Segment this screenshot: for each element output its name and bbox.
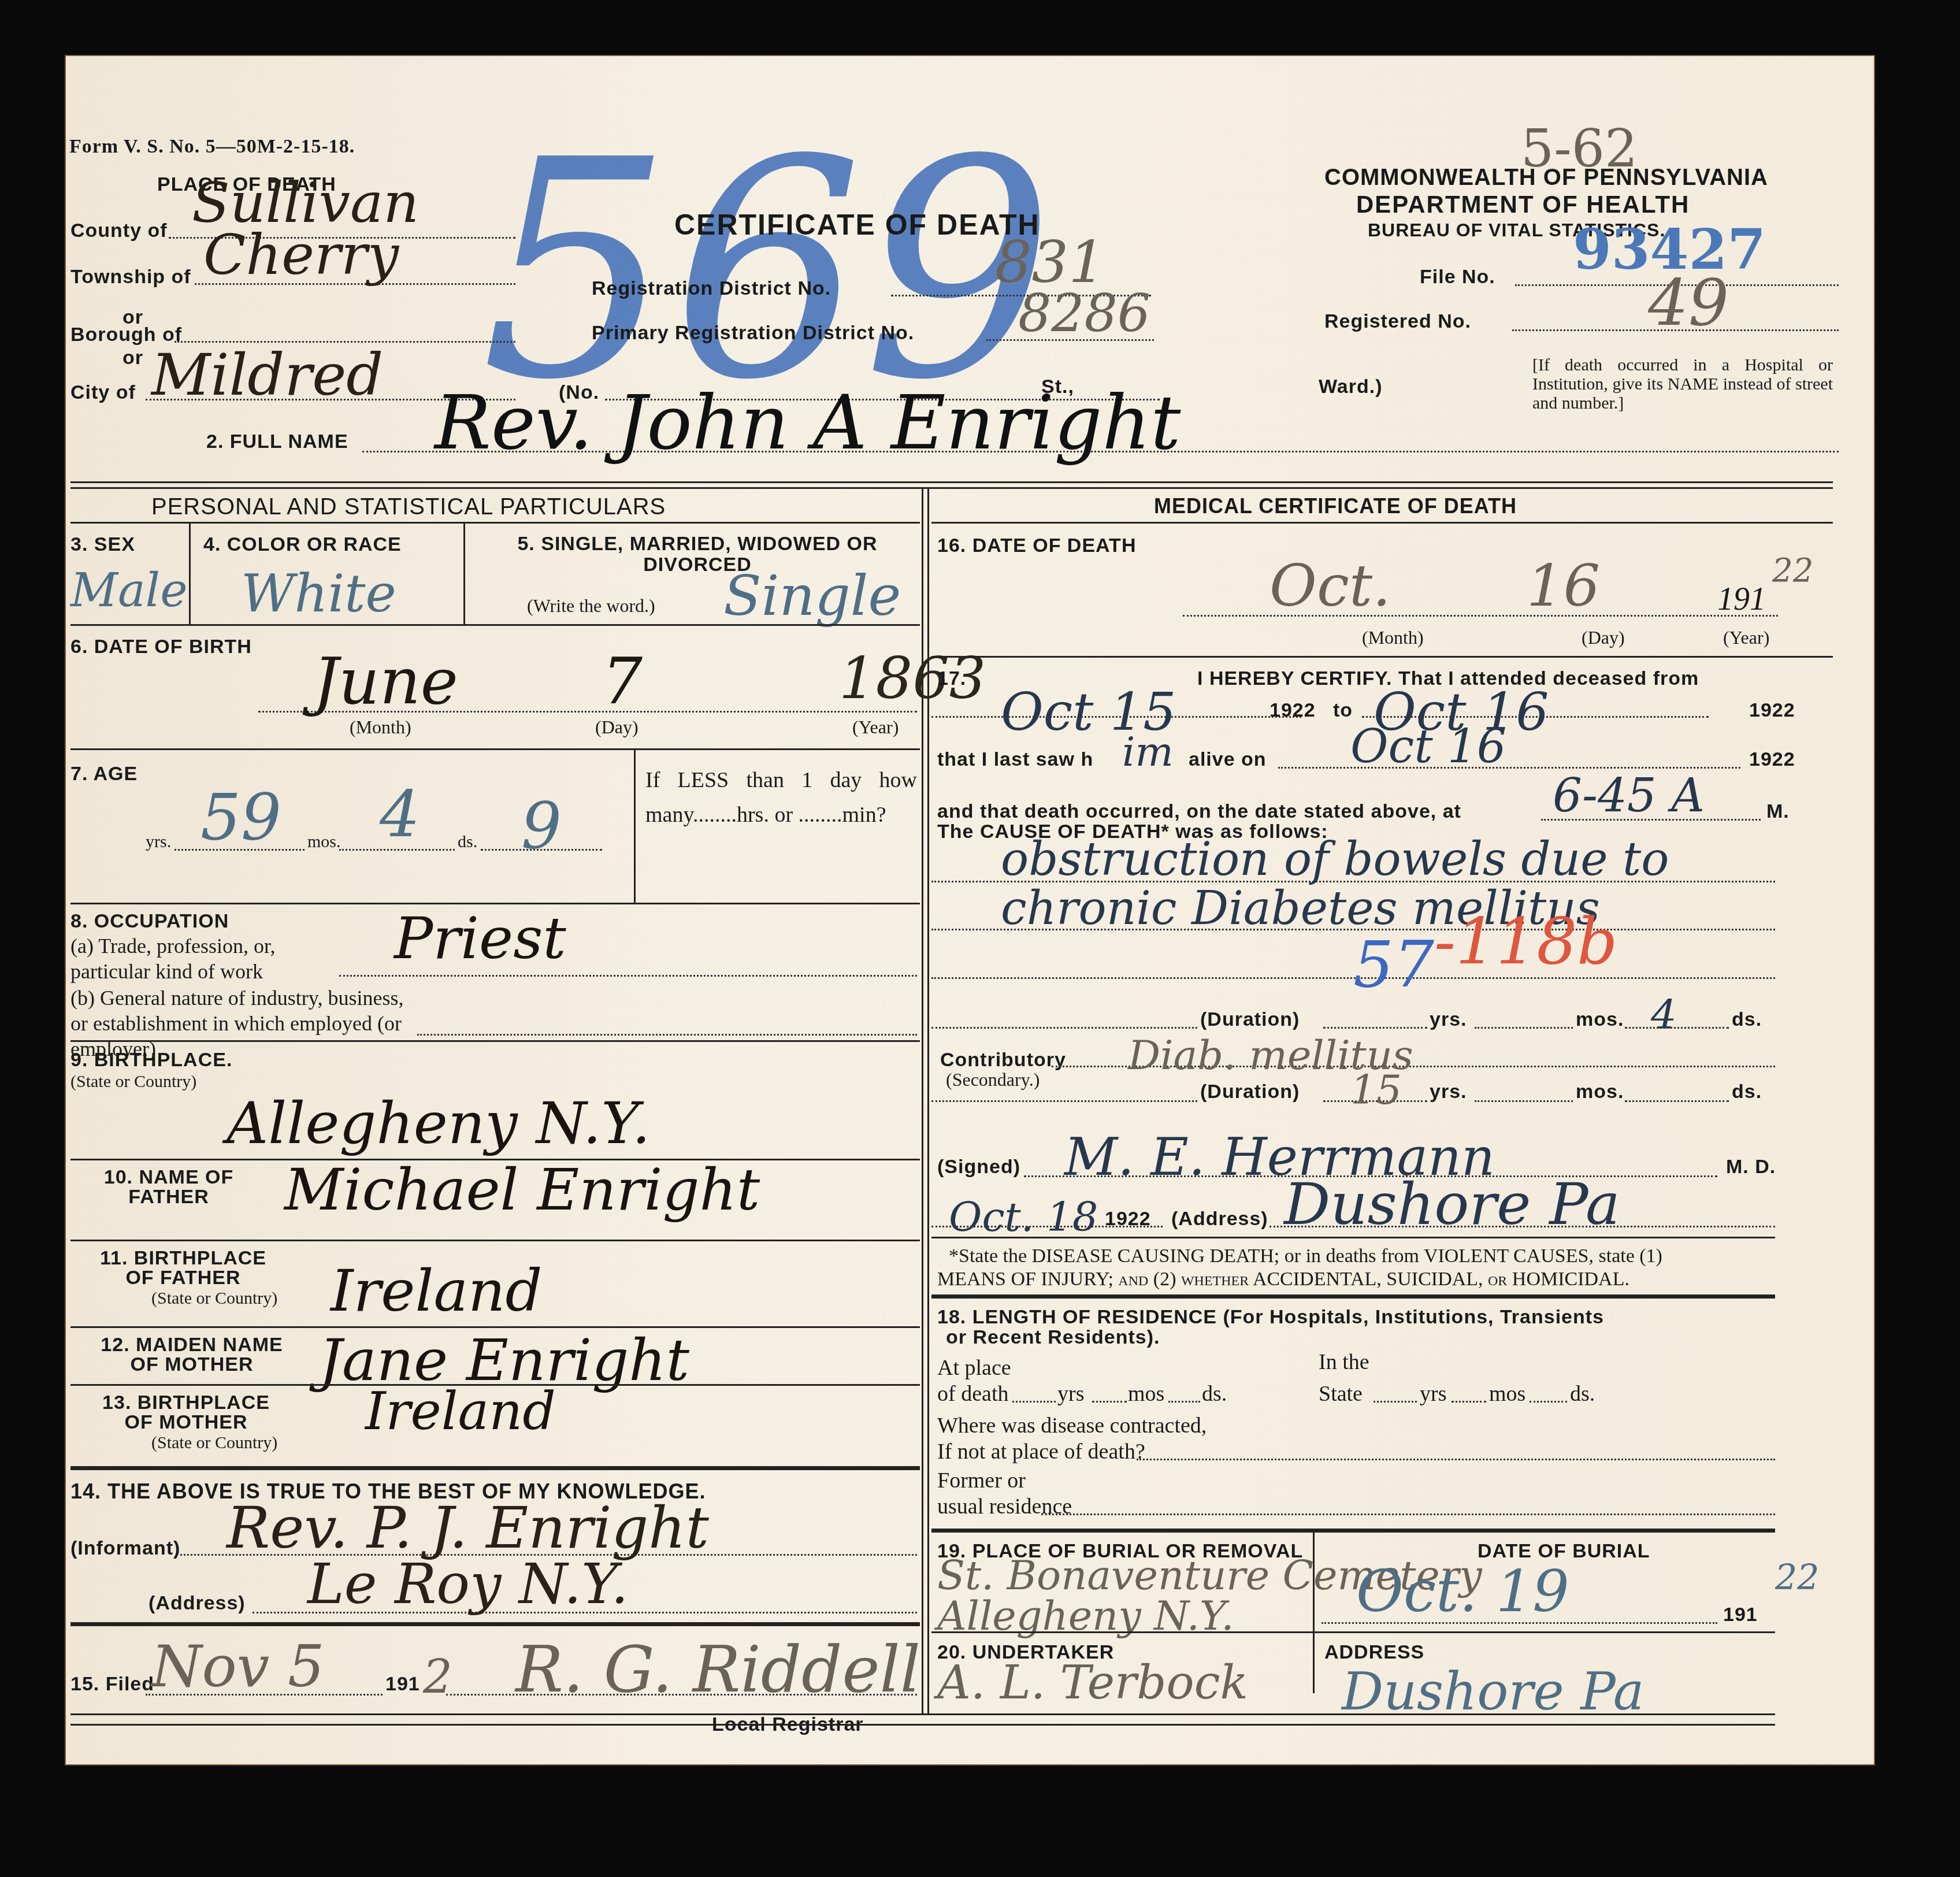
contracted-q2: If not at place of death? [937,1439,1145,1464]
duration-1-mos-label: mos. [1576,1008,1624,1031]
dod-month-caption: (Month) [1362,627,1424,648]
hospital-note: [If death occurred in a Hospital or Inst… [1532,355,1833,413]
race-marital-divider [463,523,465,624]
age-ds-label: ds. [458,832,477,852]
dob-month[interactable]: June [313,644,458,718]
township-value[interactable]: Cherry [203,222,399,287]
in-the-label: In the [1319,1349,1369,1375]
father-birthplace-label: 11. BIRTHPLACE OF FATHER [99,1248,267,1288]
occupation-a-label: (a) Trade, profession, or, particular ki… [70,933,342,984]
duration-2-lead [931,1098,1197,1102]
of-death-label: of death [937,1381,1008,1407]
place-ds-label: ds. [1202,1381,1227,1407]
duration-1-yrs-line [1323,1025,1427,1029]
divider-undertaker [931,1631,1775,1633]
father-name-label: 10. NAME OF FATHER [99,1167,238,1207]
dob-month-caption: (Month) [350,717,411,738]
mother-birthplace-hint: (State or Country) [151,1433,277,1453]
cause-line-1-value[interactable]: obstruction of bowels due to [1001,832,1669,886]
dod-year-caption: (Year) [1723,627,1769,648]
duration-1-ds-label: ds. [1732,1008,1762,1031]
contracted-line [1137,1456,1775,1460]
age-yrs-label: yrs. [146,832,171,852]
duration-1-yrs-label: yrs. [1430,1008,1467,1031]
father-birthplace-hint: (State or Country) [151,1289,277,1308]
signed-date-value[interactable]: Oct. 18 [949,1193,1098,1241]
divider-burial [931,1529,1775,1533]
place-yrs-label: yrs [1057,1381,1084,1407]
undertaker-address-label: ADDRESS [1324,1641,1424,1664]
footnote-line-2: MEANS OF INJURY; and (2) whether ACCIDEN… [937,1268,1629,1290]
primary-district-label: Primary Registration District No. [592,322,914,344]
registered-number-value[interactable]: 49 [1648,266,1729,340]
date-of-death-month[interactable]: Oct. [1269,552,1391,620]
last-saw-label: that I last saw h [937,748,1093,771]
full-name-label: 2. FULL NAME [206,431,348,453]
alive-on-line [1278,765,1740,769]
occupation-value[interactable]: Priest [394,904,566,972]
residence-label-2: or Recent Residents). [946,1326,1160,1349]
place-ds-line [1168,1399,1200,1403]
sex-value[interactable]: Male [70,563,188,617]
county-label: County of [70,220,168,242]
mother-birthplace-label: 13. BIRTHPLACE OF MOTHER [99,1393,273,1432]
primary-district-value[interactable]: 8286 [1018,283,1150,344]
dob-label: 6. DATE OF BIRTH [70,636,252,658]
attended-to-year[interactable]: 1922 [1749,699,1795,722]
duration-2-ds-label: ds. [1732,1081,1762,1103]
residence-label: 18. LENGTH OF RESIDENCE (For Hospitals, … [937,1306,1604,1329]
age-months[interactable]: 4 [380,777,420,851]
death-certificate-paper: Form V. S. No. 5—50M-2-15-18. 5-62 COMMO… [65,55,1875,1765]
alive-on-year[interactable]: 1922 [1749,748,1795,771]
former-residence-label-2: usual residence [937,1494,1072,1519]
m-label: M. [1766,800,1790,823]
secondary-label: (Secondary.) [946,1069,1040,1090]
age-mos-label: mos. [307,832,341,852]
place-yrs-line [1012,1399,1056,1403]
physician-address-value[interactable]: Dushore Pa [1284,1170,1620,1238]
father-name-value[interactable]: Michael Enright [284,1156,760,1223]
filed-label: 15. Filed [70,1673,154,1696]
cause-code-red: -118b [1434,904,1618,978]
duration-2-label: (Duration) [1200,1081,1300,1103]
burial-date-value[interactable]: Oct. 19 [1356,1557,1569,1625]
divider-certify [931,656,1833,658]
personal-heading: PERSONAL AND STATISTICAL PARTICULARS [151,494,666,520]
or-label-2: or [122,347,143,369]
marital-value[interactable]: Single [723,563,901,628]
duration-2-mos-label: mos. [1576,1081,1624,1103]
occupation-b-line [417,1032,917,1036]
undertaker-value[interactable]: A. L. Terbock [937,1656,1248,1709]
duration-2-ds-line [1625,1098,1729,1102]
informant-address-value[interactable]: Le Roy N.Y. [307,1552,629,1616]
dod-day-caption: (Day) [1582,627,1625,648]
sex-label: 3. SEX [70,533,135,556]
divider-top-1 [70,481,1833,483]
issuer-department: DEPARTMENT OF HEALTH [1356,191,1690,218]
alive-on-value[interactable]: Oct 16 [1350,719,1506,773]
sex-race-divider [189,523,191,624]
duration-2-mos-line [1475,1098,1573,1102]
divider-informant [70,1466,920,1470]
divider-footnote [931,1237,1775,1238]
father-birthplace-value[interactable]: Ireland [331,1257,543,1325]
mother-name-label: 12. MAIDEN NAME OF MOTHER [99,1335,284,1374]
divider-top-2 [70,487,1833,489]
date-of-death-year-prefix: 191 [1717,581,1766,618]
state-yrs-label: yrs [1420,1381,1446,1407]
filed-year-suffix[interactable]: 2 [423,1650,452,1704]
less-than-day-note: If LESS than 1 day how many........hrs. … [645,763,917,832]
divider-age [70,748,920,750]
race-label: 4. COLOR OR RACE [203,533,402,556]
state-ds-label: ds. [1570,1381,1595,1407]
place-mos-label: mos [1128,1381,1164,1407]
date-of-death-day[interactable]: 16 [1527,552,1600,620]
divider-medical [931,522,1833,524]
file-number-label: File No. [1420,266,1495,288]
marital-hint: (Write the word.) [527,595,655,617]
divider-residence [931,1294,1775,1299]
divider-personal [70,522,920,524]
dob-day-caption: (Day) [595,717,639,738]
state-mos-label: mos [1489,1381,1525,1407]
race-value[interactable]: White [241,563,396,624]
burial-year-suffix[interactable]: 22 [1775,1557,1819,1598]
age-label: 7. AGE [70,763,138,785]
divider-dob [70,624,920,626]
age-days[interactable]: 9 [521,789,562,863]
informant-address-label: (Address) [149,1592,246,1615]
state-label: State [1319,1381,1363,1407]
township-label: Township of [70,266,191,288]
burial-year-prefix: 191 [1723,1604,1758,1626]
contracted-q1: Where was disease contracted, [937,1413,1207,1438]
full-name-value[interactable]: Rev. John A Enright [435,379,1181,466]
place-mos-line [1092,1399,1127,1403]
at-place-label: At place [937,1355,1011,1381]
md-label: M. D. [1726,1156,1776,1178]
attended-from-year[interactable]: 1922 [1269,699,1316,722]
state-yrs-line [1374,1399,1417,1403]
divider-birthplace [70,1040,920,1042]
certify-number: 17. [937,667,966,690]
duration-1-lead [931,1025,1197,1029]
occupation-label: 8. OCCUPATION [70,910,229,933]
occupation-a-line [339,973,917,977]
duration-1-label: (Duration) [1200,1008,1300,1031]
duration-2-years[interactable]: 15 [1350,1066,1402,1114]
alive-on-label: alive on [1189,748,1267,771]
divider-filing [70,1622,920,1626]
filed-date-value[interactable]: Nov 5 [151,1633,325,1700]
former-residence-label-1: Former or [937,1468,1026,1493]
age-divider [634,750,636,903]
bottom-rule-1 [70,1713,1775,1715]
bottom-rule-2 [70,1724,1775,1726]
physician-address-label: (Address) [1171,1208,1268,1230]
birthplace-value[interactable]: Allegheny N.Y. [227,1089,650,1157]
registration-district-label: Registration District No. [592,277,831,300]
registered-number-label: Registered No. [1324,310,1471,333]
divider-father-birthplace [70,1240,920,1241]
cause-code-blue: 57 [1353,928,1434,1001]
informant-label: (Informant) [70,1537,180,1560]
city-value[interactable]: Mildred [151,341,383,409]
to-label: to [1333,699,1353,722]
date-of-death-year-suffix[interactable]: 22 [1772,552,1813,589]
city-label: City of [70,381,136,404]
age-years[interactable]: 59 [201,780,281,854]
death-time-value[interactable]: 6-45 A [1553,769,1705,822]
form-number: Form V. S. No. 5—50M-2-15-18. [69,136,355,158]
medical-heading: MEDICAL CERTIFICATE OF DEATH [1154,494,1517,518]
certificate-title: CERTIFICATE OF DEATH [674,208,1040,242]
birthplace-label: 9. BIRTHPLACE. [70,1049,232,1071]
issuer-commonwealth: COMMONWEALTH OF PENNSYLVANIA [1324,165,1768,191]
state-ds-line [1530,1399,1567,1403]
burial-divider [1313,1531,1315,1693]
date-of-death-label: 16. DATE OF DEATH [937,535,1136,557]
contributory-label: Contributory [940,1049,1066,1071]
ward-label: Ward.) [1319,376,1383,398]
footnote-line-1: *State the DISEASE CAUSING DEATH; or in … [949,1245,1662,1267]
duration-1-days[interactable]: 4 [1651,991,1677,1038]
duration-1-mos-line [1475,1025,1573,1029]
signed-label: (Signed) [937,1156,1020,1178]
dob-year-caption: (Year) [852,717,899,738]
dob-day[interactable]: 7 [602,644,643,718]
duration-1-ds-line [1625,1025,1729,1029]
death-time-label: and that death occurred, on the date sta… [937,800,1461,823]
registrar-signature[interactable]: R. G. Riddell [515,1633,920,1707]
mother-birthplace-value[interactable]: Ireland [365,1381,556,1442]
last-saw-pronoun[interactable]: im [1122,728,1174,776]
filed-year-prefix: 191 [385,1673,420,1696]
signed-year[interactable]: 1922 [1105,1208,1151,1230]
state-mos-line [1452,1399,1486,1403]
former-residence-line [1041,1511,1775,1515]
birthplace-hint: (State or Country) [70,1072,196,1092]
duration-2-yrs-label: yrs. [1430,1081,1467,1103]
